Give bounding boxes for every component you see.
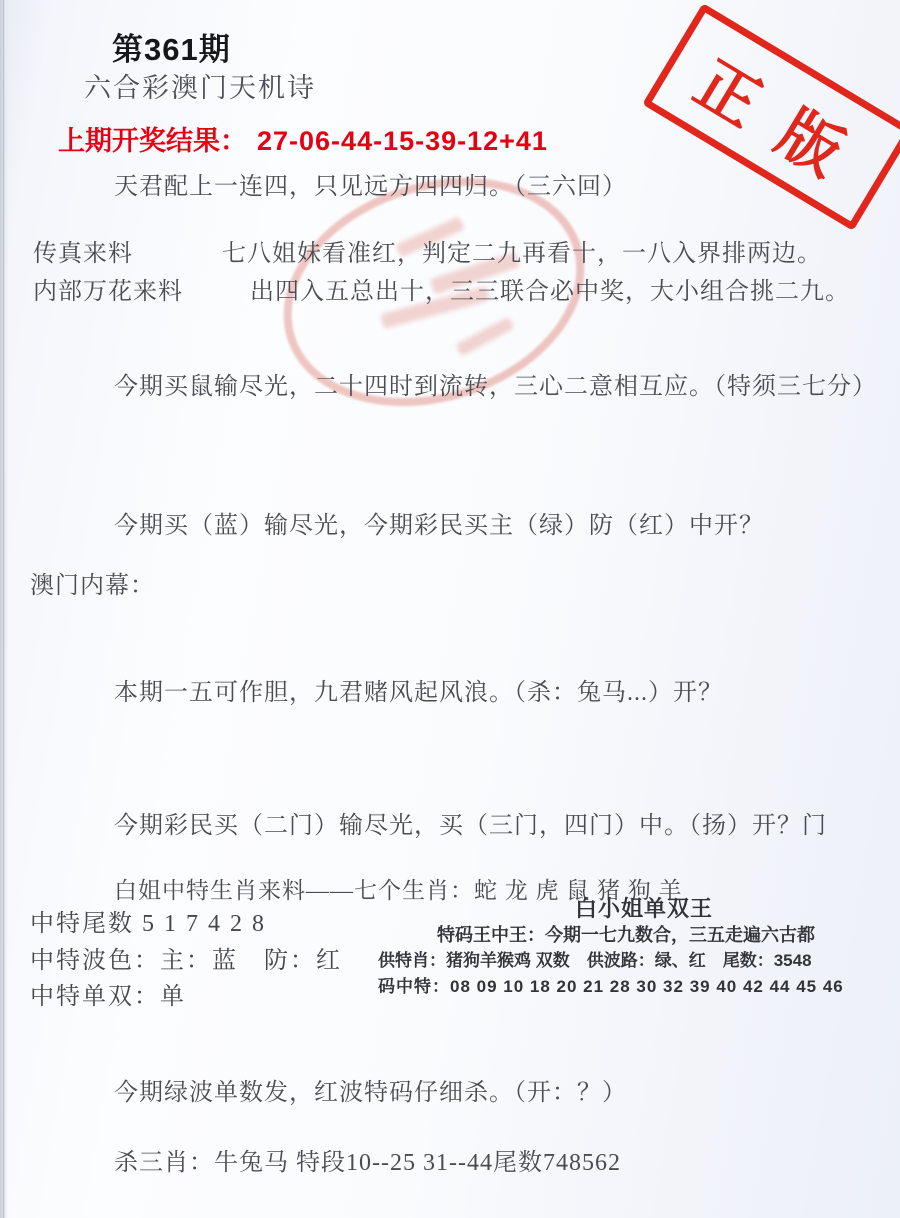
scan-edge-strip (0, 0, 8, 1218)
fax-material-label: 传真来料 (33, 233, 133, 268)
poem-line-3: 今期买（蓝）输尽光，今期彩民买主（绿）防（红）中开？ (114, 505, 764, 540)
macau-insider-label: 澳门内幕： (30, 565, 155, 600)
baixiaojie-line-2: 供特肖：猪狗羊猴鸡 双数 供波路：绿、红 尾数：3548 (378, 946, 812, 971)
special-odd-even: 中特单双：单 (30, 976, 186, 1011)
page-subtitle: 六合彩澳门天机诗 (84, 66, 316, 105)
last-draw-result: 上期开奖结果：27-06-44-15-39-12+41 (58, 119, 548, 158)
green-wave-line: 今期绿波单数发，红波特码仔细杀。（开：？） (114, 1072, 627, 1107)
baixiaojie-code-numbers: 码中特：08 09 10 18 20 21 28 30 32 39 40 42 … (378, 972, 844, 997)
poem-line-5: 今期彩民买（二门）输尽光，买（三门，四门）中。（扬）开？门 (114, 805, 827, 840)
kill-three-zodiac-line: 杀三肖：牛兔马 特段10--25 31--44尾数748562 (114, 1142, 621, 1177)
issue-title: 第361期 (112, 24, 231, 69)
lottery-tip-sheet-page: 第361期 六合彩澳门天机诗 上期开奖结果：27-06-44-15-39-12+… (0, 0, 900, 1218)
internal-material-label: 内部万花来料 (33, 271, 183, 306)
last-draw-result-label: 上期开奖结果： (58, 126, 247, 156)
internal-material-text: 出四入五总出十，三三联合必中奖，大小组合挑二九。 (250, 271, 850, 306)
poem-line-4: 本期一五可作胆，九君赌风起风浪。（杀：兔马...）开？ (114, 672, 723, 707)
poem-line-1: 天君配上一连四，只见远方四四归。（三六回） (114, 166, 627, 201)
last-draw-result-numbers: 27-06-44-15-39-12+41 (257, 126, 548, 156)
fax-material-text: 七八姐妹看准红，判定二九再看十，一八入界排两边。 (222, 233, 822, 268)
poem-line-2: 今期买鼠输尽光，二十四时到流转，三心二意相互应。（特须三七分） (114, 366, 877, 401)
authentic-stamp: 正版 (642, 3, 900, 231)
special-tail-numbers: 中特尾数 5 1 7 4 2 8 (30, 903, 266, 938)
baixiaojie-line-1: 特码王中王：今期一七九数合，三五走遍六古都 (437, 921, 815, 947)
baixiaojie-title: 白小姐单双王 (575, 892, 713, 923)
watermark-glyph-smudge (455, 317, 514, 357)
special-wave-color: 中特波色：主：蓝 防：红 (30, 940, 342, 975)
scan-edge-line (3, 0, 4, 1218)
